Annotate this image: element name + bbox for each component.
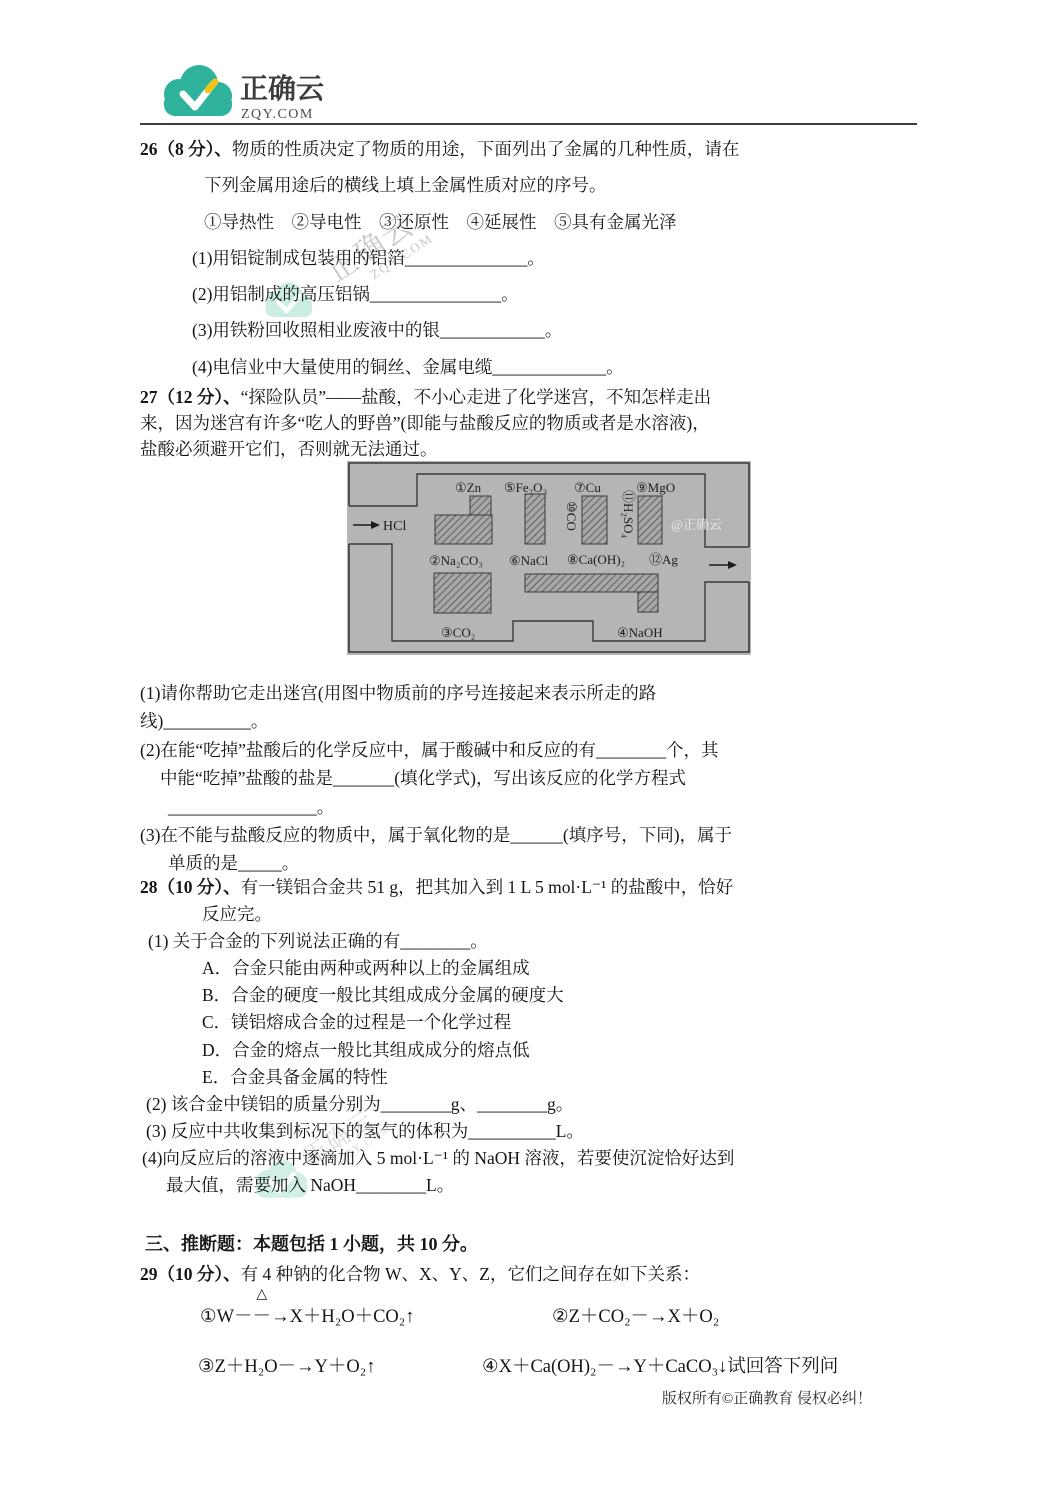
logo-title: 正确云 — [240, 73, 324, 105]
block-bar-foot — [638, 592, 658, 612]
label-ag: ⑫Ag — [649, 552, 678, 567]
q27-sub2-line2: 中能“吃掉”盐酸的盐是_______(填化学式)，写出该反应的化学方程式 — [160, 764, 950, 792]
q28-choice-c: C．镁铝熔成合金的过程是一个化学过程 — [202, 1009, 950, 1036]
q27-intro-line3: 盐酸必须避开它们，否则就无法通过。 — [140, 437, 940, 463]
q28-sub3: (3) 反应中共收集到标况下的氢气的体积为__________L。 — [146, 1118, 950, 1145]
q29-equation-3: ③Z＋H₂O－→Y＋O₂↑ — [198, 1352, 375, 1378]
q28-sub4-line2: 最大值，需要加入 NaOH________L。 — [166, 1172, 950, 1199]
maze-watermark: @正确云 — [671, 517, 722, 532]
q27-sub1-line2: 线)__________。 — [140, 707, 950, 735]
q28-sub2: (2) 该合金中镁铝的质量分别为________g、________g。 — [146, 1091, 950, 1118]
maze-background — [347, 461, 751, 655]
q29-equation-1: ①W－△－→X＋H₂O＋CO₂↑ — [200, 1302, 415, 1328]
q27-intro1: “探险队员”——盐酸，不小心走进了化学迷宫，不知怎样走出 — [241, 387, 712, 407]
q28-choice-a: A．合金只能由两种或两种以上的金属组成 — [202, 955, 950, 982]
q26-item-2: (2)用铝制成的高压铝锅_______________。 — [192, 276, 940, 312]
q27-sub1-line1: (1)请你帮助它走出迷宫(用图中物质前的序号连接起来表示所走的路 — [140, 679, 950, 707]
eq1-base: － — [253, 1307, 272, 1327]
maze-entrance-label: HCl — [383, 519, 406, 534]
q26-item-1: (1)用铝锭制成包装用的铝箔______________。 — [192, 240, 940, 276]
section3-header: 三、推断题：本题包括 1 小题，共 10 分。 — [145, 1230, 478, 1256]
label-co: ⑩CO — [564, 501, 579, 531]
cloud-check-icon — [164, 65, 232, 116]
label-mgo: ⑨MgO — [636, 480, 675, 495]
q26-intro-line1: 26（8 分）、物质的性质决定了物质的用途，下面列出了金属的几种性质，请在 — [140, 131, 940, 167]
eq1-pre: ①W－ — [200, 1307, 253, 1327]
q27-intro-line1: 27（12 分）、“探险队员”——盐酸，不小心走进了化学迷宫，不知怎样走出 — [140, 385, 940, 411]
question-29-header: 29（10 分）、有 4 种钠的化合物 W、X、Y、Z，它们之间存在如下关系： — [140, 1261, 700, 1286]
eq1-post: →X＋H₂O＋CO₂↑ — [271, 1307, 414, 1327]
q26-number: 26（8 分）、 — [140, 139, 232, 159]
block-zn — [435, 515, 492, 544]
exam-page: 正确云 ZQY.COM 正确云 ZQY.COM 正确云 ZQY.COM 26（8… — [0, 0, 1058, 1497]
delta-icon: △ — [256, 1286, 267, 1303]
question-27-subquestions: (1)请你帮助它走出迷宫(用图中物质前的序号连接起来表示所走的路 线)_____… — [140, 679, 950, 878]
zqy-logo: 正确云 ZQY.COM — [155, 58, 340, 126]
q28-choice-d: D．合金的熔点一般比其组成成分的熔点低 — [202, 1037, 950, 1064]
q27-sub3-line1: (3)在不能与盐酸反应的物质中，属于氧化物的是______(填序号，下同)，属于 — [140, 821, 950, 849]
label-nacl: ⑥NaCl — [509, 553, 548, 568]
q27-sub2-line1: (2)在能“吃掉”盐酸后的化学反应中，属于酸碱中和反应的有________个，其 — [140, 736, 950, 764]
header-rule — [140, 123, 917, 125]
q29-equation-4: ④X＋Ca(OH)₂－→Y＋CaCO₃↓试回答下列问 — [482, 1352, 838, 1378]
block-fe2o3 — [525, 494, 545, 544]
q29-intro: 有 4 种钠的化合物 W、X、Y、Z，它们之间存在如下关系： — [241, 1264, 700, 1284]
q28-number: 28（10 分）、 — [140, 877, 241, 897]
q26-property-options: ①导热性 ②导电性 ③还原性 ④延展性 ⑤具有金属光泽 — [204, 204, 940, 240]
logo-domain: ZQY.COM — [241, 107, 314, 122]
q28-intro-line2: 反应完。 — [202, 901, 950, 928]
eq1-delta-over-dash: △－ — [253, 1302, 272, 1328]
block-bar — [525, 574, 658, 592]
q26-intro1: 物质的性质决定了物质的用途，下面列出了金属的几种性质，请在 — [232, 139, 740, 159]
label-h2so4: ⑪H₂SO₄ — [621, 490, 636, 539]
q28-choice-b: B．合金的硬度一般比其组成成分金属的硬度大 — [202, 982, 950, 1009]
label-zn: ①Zn — [455, 480, 482, 495]
label-caoh2: ⑧Ca(OH)₂ — [567, 552, 625, 567]
question-27: 27（12 分）、“探险队员”——盐酸，不小心走进了化学迷宫，不知怎样走出 来，… — [140, 385, 940, 462]
q26-item-4: (4)电信业中大量使用的铜丝、金属电缆_____________。 — [192, 349, 940, 385]
q29-equation-2: ②Z＋CO₂－→X＋O₂ — [552, 1302, 719, 1328]
q27-sub2-line3: _________________。 — [168, 793, 950, 821]
q28-sub4-line1: (4)向反应后的溶液中逐滴加入 5 mol·L⁻¹ 的 NaOH 溶液，若要使沉… — [142, 1145, 950, 1172]
block-zn-top — [470, 496, 491, 515]
q29-number: 29（10 分）、 — [140, 1264, 241, 1284]
block-mgo — [638, 496, 662, 544]
question-28: 28（10 分）、有一镁铝合金共 51 g，把其加入到 1 L 5 mol·L⁻… — [140, 874, 950, 1199]
copyright-footer: 版权所有©正确教育 侵权必纠！ — [140, 1387, 872, 1408]
label-fe2o3: ⑤Fe₂O₃ — [504, 480, 547, 495]
question-26: 26（8 分）、物质的性质决定了物质的用途，下面列出了金属的几种性质，请在 下列… — [140, 131, 940, 385]
label-co2: ③CO₂ — [441, 625, 475, 640]
q27-intro-line2: 来，因为迷宫有许多“吃人的野兽”(即能与盐酸反应的物质或者是水溶液)， — [140, 411, 940, 437]
q28-choice-e: E．合金具备金属的特性 — [202, 1064, 950, 1091]
label-na2co3: ②Na₂CO₃ — [429, 553, 483, 568]
label-naoh: ④NaOH — [617, 625, 663, 640]
q28-sub1: (1) 关于合金的下列说法正确的有________。 — [148, 928, 950, 955]
q28-intro1: 有一镁铝合金共 51 g，把其加入到 1 L 5 mol·L⁻¹ 的盐酸中，恰好 — [241, 877, 734, 897]
q26-intro-line2: 下列金属用途后的横线上填上金属性质对应的序号。 — [204, 167, 940, 203]
maze-figure: HCl ①Zn ⑤Fe₂O₃ ⑦Cu ⑨MgO ⑩CO ⑪H₂SO₄ ②Na₂C… — [347, 461, 751, 655]
block-cu — [582, 496, 607, 544]
q27-number: 27（12 分）、 — [140, 387, 241, 407]
q28-intro-line1: 28（10 分）、有一镁铝合金共 51 g，把其加入到 1 L 5 mol·L⁻… — [140, 874, 950, 901]
q26-item-3: (3)用铁粉回收照相业废液中的银____________。 — [192, 312, 940, 348]
label-cu: ⑦Cu — [574, 480, 601, 495]
block-na2co3 — [434, 573, 491, 613]
